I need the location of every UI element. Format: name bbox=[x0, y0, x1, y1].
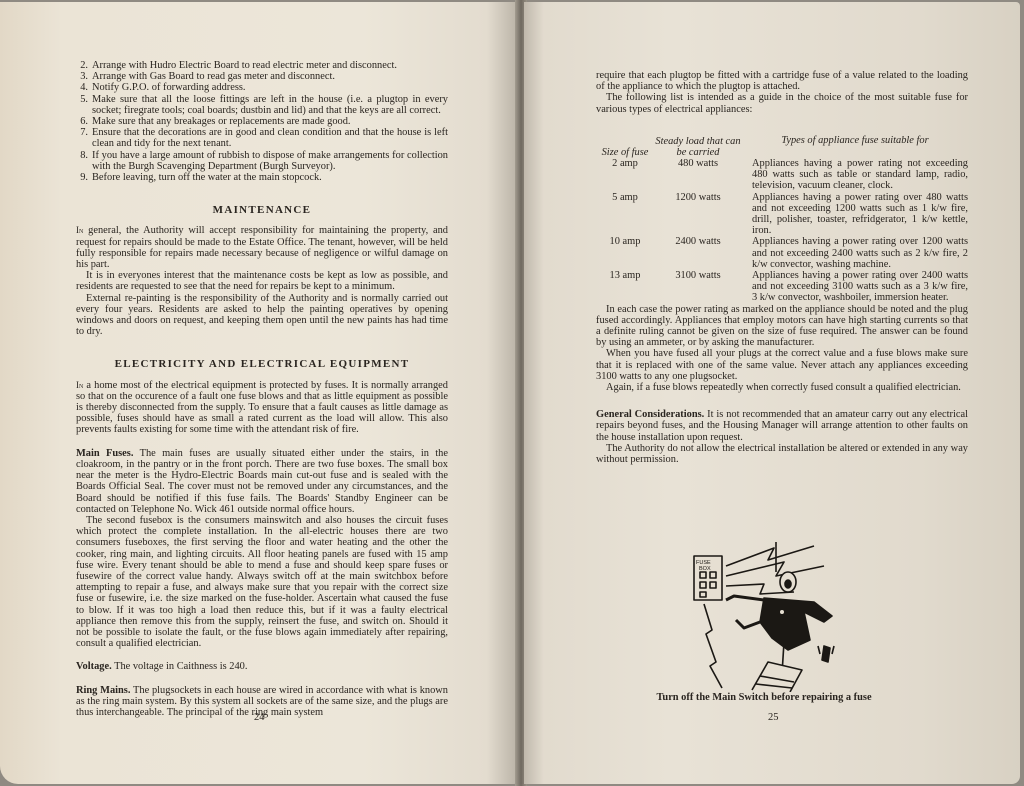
checklist-item: 6.Make sure that any breakages or replac… bbox=[76, 116, 448, 127]
authority-paragraph: The Authority do not allow the electrica… bbox=[596, 443, 968, 465]
item-text: Arrange with Gas Board to read gas meter… bbox=[92, 71, 335, 82]
cell-types: Appliances having a power rating not exc… bbox=[742, 158, 968, 192]
right-page: require that each plugtop be fitted with… bbox=[524, 2, 1020, 784]
checklist-item: 9.Before leaving, turn off the water at … bbox=[76, 172, 448, 183]
header-types: Types of appliance fuse suitable for bbox=[742, 135, 968, 158]
page-number: 24 bbox=[254, 712, 265, 723]
again-paragraph: Again, if a fuse blows repeatedly when c… bbox=[596, 382, 968, 393]
checklist-item: 5.Make sure that all the loose fittings … bbox=[76, 94, 448, 116]
cell-types: Appliances having a power rating over 48… bbox=[742, 192, 968, 237]
svg-text:BOX: BOX bbox=[699, 566, 711, 572]
maintenance-paragraph: External re-painting is the responsibili… bbox=[76, 293, 448, 338]
paragraph-text: a home most of the electrical equipment … bbox=[76, 380, 448, 436]
electric-shock-illustration: FUSE BOX bbox=[664, 542, 864, 692]
run-in-heading: General Considerations. bbox=[596, 409, 704, 420]
item-text: Before leaving, turn off the water at th… bbox=[92, 172, 322, 183]
voltage-paragraph: Voltage. The voltage in Caithness is 240… bbox=[76, 661, 448, 672]
item-number: 4. bbox=[76, 82, 88, 93]
table-row: 5 amp 1200 watts Appliances having a pow… bbox=[596, 192, 968, 237]
item-number: 9. bbox=[76, 172, 88, 183]
cell-size: 5 amp bbox=[596, 192, 654, 237]
item-number: 3. bbox=[76, 71, 88, 82]
checklist-item: 7.Ensure that the decorations are in goo… bbox=[76, 127, 448, 149]
illustration-caption: Turn off the Main Switch before repairin… bbox=[594, 692, 934, 703]
run-in-heading: Ring Mains. bbox=[76, 685, 130, 696]
header-size: Size of fuse bbox=[596, 135, 654, 158]
cell-load: 2400 watts bbox=[654, 236, 742, 270]
run-in-heading: Voltage. bbox=[76, 661, 112, 672]
item-number: 2. bbox=[76, 60, 88, 71]
electricity-intro: In a home most of the electrical equipme… bbox=[76, 380, 448, 436]
cell-types: Appliances having a power rating over 12… bbox=[742, 236, 968, 270]
cell-load: 1200 watts bbox=[654, 192, 742, 237]
item-number: 6. bbox=[76, 116, 88, 127]
cell-load: 3100 watts bbox=[654, 270, 742, 304]
item-text: Make sure that any breakages or replacem… bbox=[92, 116, 351, 127]
item-number: 8. bbox=[76, 150, 88, 161]
maintenance-paragraph: It is in everyones interest that the mai… bbox=[76, 270, 448, 292]
table-row: 10 amp 2400 watts Appliances having a po… bbox=[596, 236, 968, 270]
checklist-item: 3.Arrange with Gas Board to read gas met… bbox=[76, 71, 448, 82]
checklist-item: 2.Arrange with Hudro Electric Board to r… bbox=[76, 60, 448, 71]
item-text: Make sure that all the loose fittings ar… bbox=[92, 94, 448, 116]
item-text: If you have a large amount of rubbish to… bbox=[92, 150, 448, 172]
checklist-item: 4.Notify G.P.O. of forwarding address. bbox=[76, 82, 448, 93]
item-text: Ensure that the decorations are in good … bbox=[92, 127, 448, 149]
main-fuses-paragraph: Main Fuses. The main fuses are usually s… bbox=[76, 448, 448, 515]
cell-types: Appliances having a power rating over 24… bbox=[742, 270, 968, 304]
electricity-heading: ELECTRICITY AND ELECTRICAL EQUIPMENT bbox=[76, 359, 448, 370]
fuse-table: Size of fuse Steady load that can be car… bbox=[596, 135, 968, 304]
table-row: 2 amp 480 watts Appliances having a powe… bbox=[596, 158, 968, 192]
item-text: Arrange with Hudro Electric Board to rea… bbox=[92, 60, 397, 71]
page-number: 25 bbox=[768, 712, 779, 723]
cell-size: 10 amp bbox=[596, 236, 654, 270]
table-header-row: Size of fuse Steady load that can be car… bbox=[596, 135, 968, 158]
maintenance-paragraph: In general, the Authority will accept re… bbox=[76, 225, 448, 270]
header-load: Steady load that can be carried bbox=[654, 135, 742, 158]
cell-size: 2 amp bbox=[596, 158, 654, 192]
right-page-content: require that each plugtop be fitted with… bbox=[596, 70, 968, 465]
run-in-heading: Main Fuses. bbox=[76, 448, 133, 459]
item-text: Notify G.P.O. of forwarding address. bbox=[92, 82, 246, 93]
table-row: 13 amp 3100 watts Appliances having a po… bbox=[596, 270, 968, 304]
general-considerations-paragraph: General Considerations. It is not recomm… bbox=[596, 409, 968, 443]
power-rating-paragraph: In each case the power rating as marked … bbox=[596, 304, 968, 349]
item-number: 7. bbox=[76, 127, 88, 138]
item-number: 5. bbox=[76, 94, 88, 105]
paragraph-text: general, the Authority will accept respo… bbox=[76, 225, 448, 270]
checklist-item: 8.If you have a large amount of rubbish … bbox=[76, 150, 448, 172]
left-page-content: 2.Arrange with Hudro Electric Board to r… bbox=[76, 60, 448, 718]
paragraph-text: The voltage in Caithness is 240. bbox=[112, 661, 248, 672]
moving-out-checklist: 2.Arrange with Hudro Electric Board to r… bbox=[76, 60, 448, 183]
second-fusebox-paragraph: The second fusebox is the consumers main… bbox=[76, 515, 448, 649]
cell-load: 480 watts bbox=[654, 158, 742, 192]
cell-size: 13 amp bbox=[596, 270, 654, 304]
guide-intro: The following list is intended as a guid… bbox=[596, 92, 968, 114]
ring-main-continued: require that each plugtop be fitted with… bbox=[596, 70, 968, 92]
maintenance-heading: MAINTENANCE bbox=[76, 205, 448, 216]
left-page: 2.Arrange with Hudro Electric Board to r… bbox=[0, 2, 518, 784]
fused-all-paragraph: When you have fused all your plugs at th… bbox=[596, 348, 968, 382]
